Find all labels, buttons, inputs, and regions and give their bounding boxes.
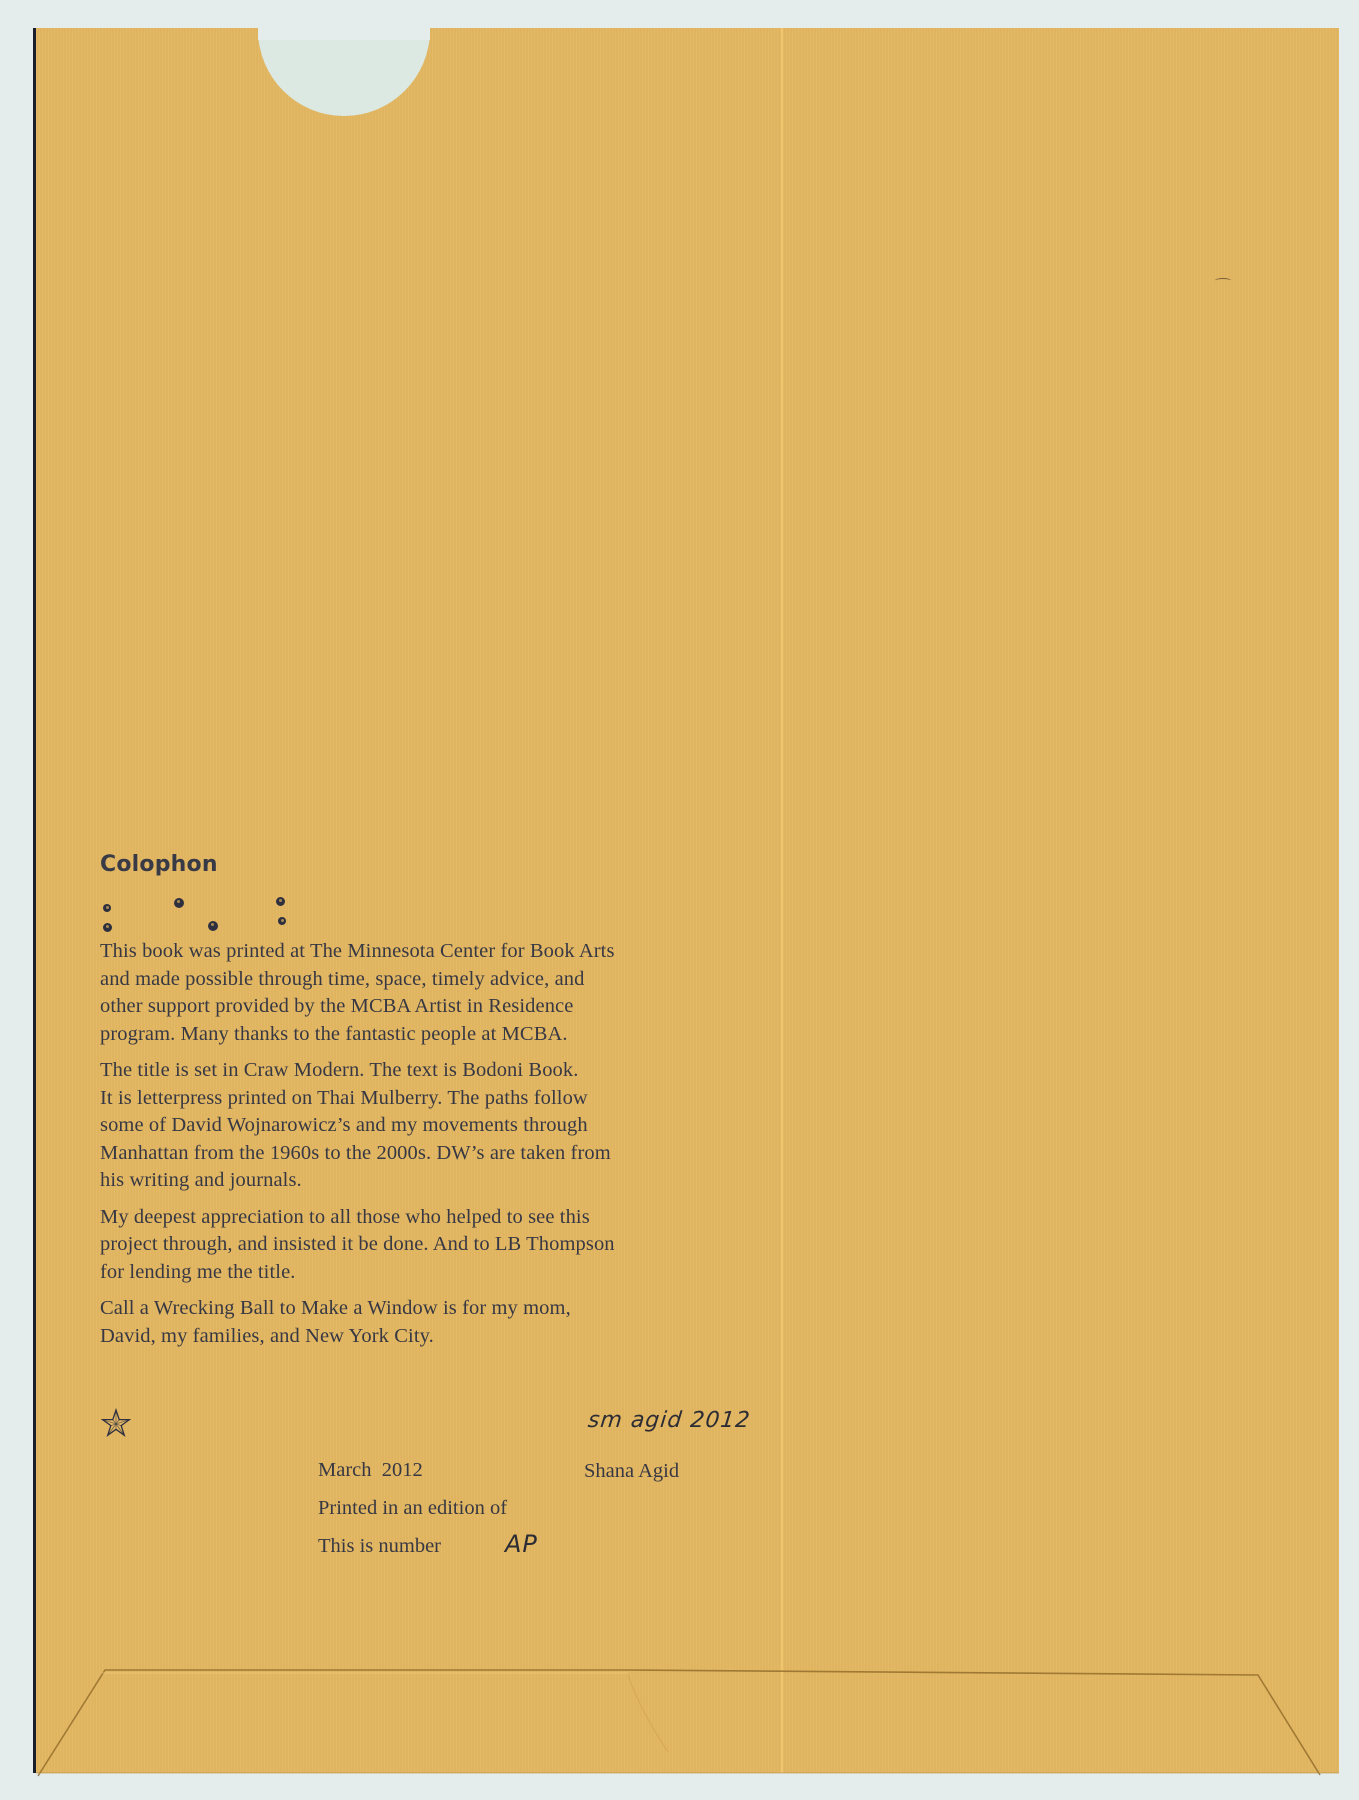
colophon-paragraph-typography: The title is set in Craw Modern. The tex…	[100, 1057, 750, 1195]
colophon-block: Colophon This book was printed at The Mi…	[100, 850, 750, 1359]
handwritten-signature: sm agid 2012	[587, 1408, 752, 1433]
star-icon	[101, 1408, 131, 1438]
colophon-paragraph-appreciation: My deepest appreciation to all those who…	[100, 1204, 750, 1287]
author-name: Shana Agid	[584, 1452, 679, 1490]
edition-size-label: Printed in an edition of	[318, 1489, 507, 1527]
stray-pencil-mark	[1215, 278, 1231, 283]
colophon-paragraph-dedication: Call a Wrecking Ball to Make a Window is…	[100, 1295, 750, 1350]
colophon-title: Colophon	[100, 850, 750, 880]
folder-edge-shadow	[33, 28, 36, 1773]
print-date: March 2012	[318, 1451, 507, 1489]
dot	[278, 917, 286, 925]
edition-block: March 2012 Printed in an edition of This…	[318, 1451, 507, 1565]
dot	[276, 897, 285, 906]
dot	[208, 921, 218, 931]
braille-dots	[100, 880, 750, 938]
background-through-cutout	[258, 20, 430, 40]
copy-number-label: This is number	[318, 1527, 507, 1565]
colophon-paragraph-printing: This book was printed at The Minnesota C…	[100, 938, 750, 1048]
fold-line	[781, 28, 783, 1773]
dot	[103, 904, 111, 912]
thumb-cutout	[258, 20, 430, 116]
dot	[174, 898, 184, 908]
copy-number-handwritten: AP	[505, 1530, 538, 1558]
dot	[103, 923, 112, 932]
